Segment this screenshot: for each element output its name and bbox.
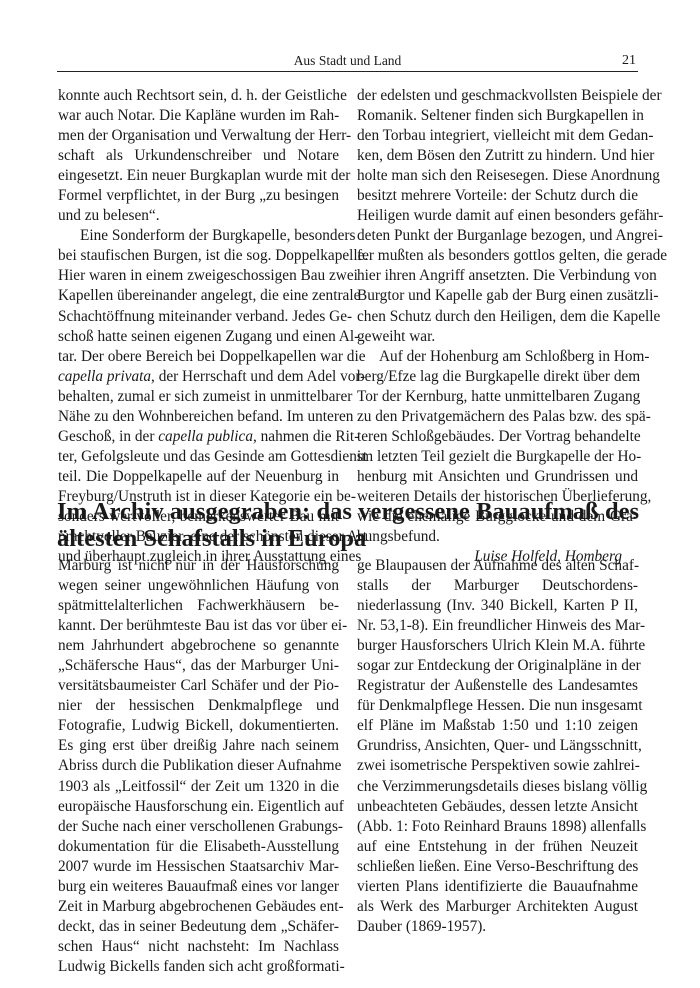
text-line: versitätsbaumeister Carl Schäfer und der… (58, 676, 339, 696)
text-line: Grundriss, Ansichten, Quer- und Längssch… (357, 736, 638, 756)
text-line: capella privata, der Herrschaft und dem … (58, 367, 339, 387)
text-line: Auf der Hohenburg am Schloßberg in Hom- (357, 347, 638, 367)
text-line: Registratur der Außenstelle des Landesam… (357, 676, 638, 696)
text-line: Hier waren in einem zweigeschossigen Bau… (58, 266, 339, 286)
text-line: Tor der Kernburg, hatte unmittelbaren Zu… (357, 387, 638, 407)
text-line: Eine Sonderform der Burgkapelle, besonde… (58, 226, 339, 246)
text-line: im letzten Teil gezielt die Burgkapelle … (357, 447, 638, 467)
article-heading: Im Archiv ausgegraben: das vergessene Ba… (57, 498, 639, 552)
paragraph: konnte auch Rechtsort sein, d. h. der Ge… (58, 86, 339, 226)
text-line: kannt. Der berühmteste Bau ist das vor ü… (58, 616, 339, 636)
text-line: zu den Privatgemächern des Palas bzw. de… (357, 407, 638, 427)
text-line: vierten Plans identifizierte die Bauaufn… (357, 877, 638, 897)
paragraph: Marburg ist nicht nur in der Hausforschu… (58, 556, 339, 977)
text-line: der Suche nach einer verschollenen Grabu… (58, 817, 339, 837)
text-line: Heiligen wurde damit auf einen besonders… (357, 206, 638, 226)
italic-term: capella publica (158, 428, 253, 445)
text-line: stalls der Marburger Deutschordens- (357, 576, 638, 596)
heading-line: Im Archiv ausgegraben: das vergessene Ba… (57, 498, 639, 525)
text-line: tar. Der obere Bereich bei Doppelkapelle… (58, 347, 339, 367)
text-line: 2007 wurde im Hessischen Staatsarchiv Ma… (58, 857, 339, 877)
text-fragment: , der Herrschaft und dem Adel vor- (151, 368, 365, 385)
text-line: unbeachteten Gebäudes, dessen letzte Ans… (357, 797, 638, 817)
paragraph: ge Blaupausen der Aufnahme des alten Sch… (357, 556, 638, 937)
article2-right-column: ge Blaupausen der Aufnahme des alten Sch… (357, 556, 638, 937)
text-line: Schachtöffnung miteinander verband. Jede… (58, 307, 339, 327)
text-line: geweiht war. (357, 327, 638, 347)
text-line: schoß hatte seinen eigenen Zugang und ei… (58, 327, 339, 347)
text-line: Formel verpflichtet, in der Burg „zu bes… (58, 186, 339, 206)
text-fragment: Geschoß, in der (58, 428, 158, 445)
heading-line: ältesten Schafstalls in Europa (57, 525, 639, 552)
text-line: burg ein weiteres Bauaufmaß eines vor la… (58, 877, 339, 897)
text-line: henburg mit Ansichten und Grundrissen un… (357, 467, 638, 487)
text-line: schaft als Urkundenschreiber und Notare (58, 146, 339, 166)
text-line: spätmittelalterlichen Fachwerkhäusern be… (58, 596, 339, 616)
text-line: teren Schloßgebäudes. Der Vortrag behand… (357, 427, 638, 447)
text-line: konnte auch Rechtsort sein, d. h. der Ge… (58, 86, 339, 106)
text-line: europäische Hausforschung ein. Eigentlic… (58, 797, 339, 817)
text-line: 1903 als „Leitfossil“ der Zeit um 1320 i… (58, 777, 339, 797)
header-rule (57, 71, 638, 72)
text-line: holte man sich den Reisesegen. Diese Ano… (357, 166, 638, 186)
text-line: Geschoß, in der capella publica, nahmen … (58, 427, 339, 447)
text-line: auf eine Entstehung in der frühen Neuzei… (357, 837, 638, 857)
text-line: Burgtor und Kapelle gab der Burg einen z… (357, 286, 638, 306)
text-line: den Torbau integriert, vielleicht mit de… (357, 126, 638, 146)
text-line: schließen ließen. Eine Verso-Beschriftun… (357, 857, 638, 877)
text-line: Ludwig Bickells fanden sich acht großfor… (58, 957, 339, 977)
text-fragment: , nahmen die Rit- (253, 428, 359, 445)
text-line: Nähe zu den Wohnbereichen befand. Im unt… (58, 407, 339, 427)
article1-left-column: konnte auch Rechtsort sein, d. h. der Ge… (58, 86, 339, 567)
running-title: Aus Stadt und Land (57, 52, 638, 70)
text-line: Kapellen übereinander angelegt, die eine… (58, 286, 339, 306)
text-line: che Verzimmerungsdetails dieses bislang … (357, 777, 638, 797)
text-line: Romanik. Seltener finden sich Burgkapell… (357, 106, 638, 126)
text-line: Es ging erst über dreißig Jahre nach sei… (58, 736, 339, 756)
text-line: chen Schutz durch den Heiligen, dem die … (357, 307, 638, 327)
text-line: Marburg ist nicht nur in der Hausforschu… (58, 556, 339, 576)
article2-left-column: Marburg ist nicht nur in der Hausforschu… (58, 556, 339, 977)
text-line: „Schäfersche Haus“, das der Marburger Un… (58, 656, 339, 676)
text-line: burger Hausforschers Ulrich Klein M.A. f… (357, 636, 638, 656)
italic-term: capella privata (58, 368, 151, 385)
text-line: niederlassung (Inv. 340 Bickell, Karten … (357, 596, 638, 616)
text-line: Nr. 53,1-8). Ein freundlicher Hinweis de… (357, 616, 638, 636)
text-line: elf Pläne im Maßstab 1:50 und 1:10 zeige… (357, 716, 638, 736)
text-line: eingesetzt. Ein neuer Burgkaplan wurde m… (58, 166, 339, 186)
text-line: als Werk des Marburger Architekten Augus… (357, 897, 638, 917)
text-line: ken, dem Bösen den Zutritt zu hindern. U… (357, 146, 638, 166)
text-line: zwei isometrische Perspektiven sowie zah… (357, 756, 638, 776)
text-line: deten Punkt der Burganlage bezogen, und … (357, 226, 638, 246)
text-line: dokumentation für die Elisabeth-Ausstell… (58, 837, 339, 857)
text-line: berg/Efze lag die Burgkapelle direkt übe… (357, 367, 638, 387)
text-line: hier ihren Angriff ansetzten. Die Verbin… (357, 266, 638, 286)
text-line: Zeit in Marburg abgebrochenen Gebäudes e… (58, 897, 339, 917)
paragraph: der edelsten und geschmackvollsten Beisp… (357, 86, 638, 347)
text-line: teil. Die Doppelkapelle auf der Neuenbur… (58, 467, 339, 487)
text-line: nem Jahrhundert abgebrochene so genannte (58, 636, 339, 656)
text-line: sogar zur Entdeckung der Originalpläne i… (357, 656, 638, 676)
text-line: nier der hessischen Denkmalpflege und (58, 696, 339, 716)
text-line: Abriss durch die Publikation dieser Aufn… (58, 756, 339, 776)
text-line: Dauber (1869-1957). (357, 917, 638, 937)
text-line: war auch Notar. Die Kapläne wurden im Ra… (58, 106, 339, 126)
article1-right-column: der edelsten und geschmackvollsten Beisp… (357, 86, 638, 567)
text-line: deckt, das in seiner Bedeutung dem „Schä… (58, 917, 339, 937)
text-line: Fotografie, Ludwig Bickell, dokumentiert… (58, 716, 339, 736)
page-number: 21 (622, 52, 636, 70)
text-line: für Denkmalpflege Hessen. Die nun insges… (357, 696, 638, 716)
text-line: und zu belesen“. (58, 206, 339, 226)
text-line: schen Haus“ nicht nachsteht: Im Nachlass (58, 937, 339, 957)
text-line: ter, Gefolgsleute und das Gesinde am Got… (58, 447, 339, 467)
running-header: Aus Stadt und Land 21 (57, 52, 638, 72)
text-line: besitzt mehrere Vorteile: der Schutz dur… (357, 186, 638, 206)
text-line: wegen seiner ungewöhnlichen Häufung von (58, 576, 339, 596)
text-line: (Abb. 1: Foto Reinhard Brauns 1898) alle… (357, 817, 638, 837)
text-line: ge Blaupausen der Aufnahme des alten Sch… (357, 556, 638, 576)
text-line: der edelsten und geschmackvollsten Beisp… (357, 86, 638, 106)
text-line: behalten, zumal er sich zumeist in unmit… (58, 387, 339, 407)
text-line: men der Organisation und Verwaltung der … (58, 126, 339, 146)
text-line: bei staufischen Burgen, ist die sog. Dop… (58, 246, 339, 266)
text-line: fer mußten als besonders gottlos gelten,… (357, 246, 638, 266)
